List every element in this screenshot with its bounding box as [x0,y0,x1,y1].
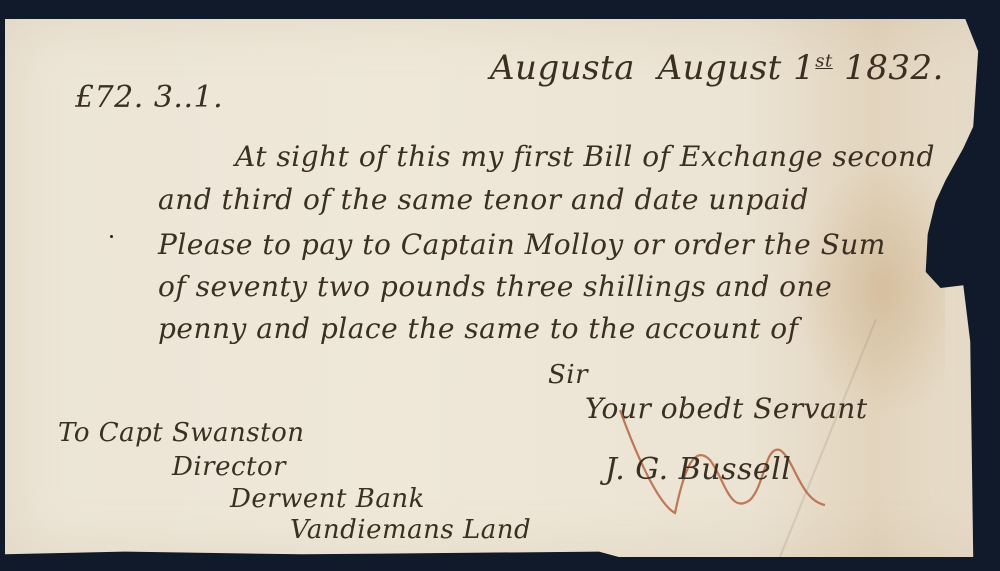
signature: J. G. Bussell [605,452,791,487]
body-line-5: penny and place the same to the account … [158,312,799,345]
body-line-3: Please to pay to Captain Molloy or order… [158,228,886,261]
addressee-line-2: Director [172,452,286,482]
addressee-line-1: To Capt Swanston [58,418,305,448]
addressee-line-3: Derwent Bank [230,484,425,514]
salutation: Sir [548,360,588,390]
date-month-day: August 1 [658,48,816,88]
body-line-4: of seventy two pounds three shillings an… [158,270,832,303]
body-line-2: and third of the same tenor and date unp… [158,183,809,216]
date-year: 1832. [844,48,944,88]
place-and-date: Augusta August 1st 1832. [490,48,944,88]
ink-blot [110,235,113,238]
bill-amount: £72. 3..1. [75,80,223,115]
date-ordinal: st [815,51,832,72]
place: Augusta [490,48,635,88]
addressee-line-4: Vandiemans Land [290,515,531,545]
body-line-1: At sight of this my first Bill of Exchan… [235,140,935,173]
